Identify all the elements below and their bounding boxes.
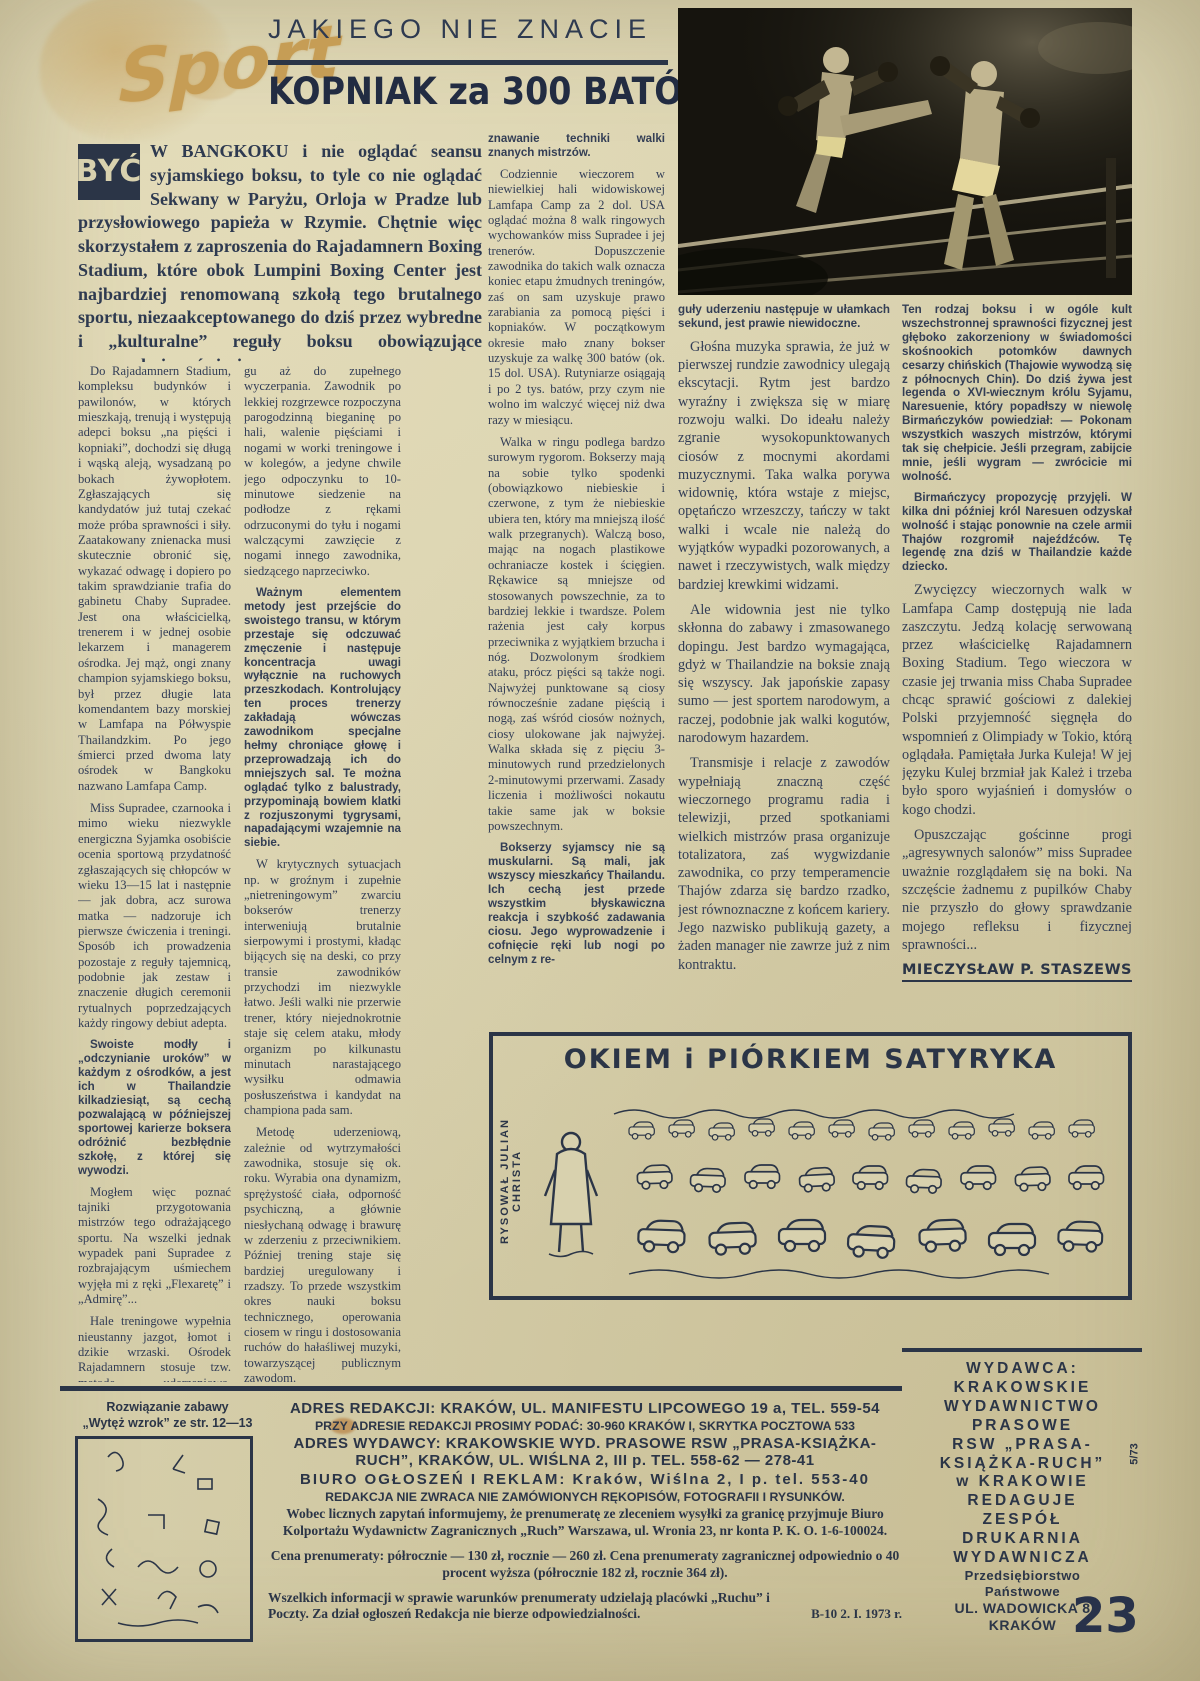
paragraph: Ale widownia jest nie tylko skłonna do z… <box>678 601 890 747</box>
paragraph: W krytycznych sytuacjach np. w groźnym i… <box>244 857 401 1118</box>
imprint-info-text: Wszelkich informacji w sprawie warunków … <box>268 1590 811 1622</box>
boxing-photo-art <box>678 8 1132 295</box>
paragraph: Hale treningowe wypełnia nieustanny jazg… <box>78 1314 231 1382</box>
imprint-print-code: B-10 2. I. 1973 r. <box>811 1606 902 1622</box>
paragraph: Mogłem więc poznać tajniki przygotowania… <box>78 1185 231 1308</box>
lead-paragraph-block: BYĆ W BANGKOKU i nie oglądać seansu syja… <box>78 140 482 362</box>
publisher-line: Przedsiębiorstwo <box>905 1568 1140 1584</box>
paragraph: Metodę uderzeniową, zależnie od wytrzyma… <box>244 1125 401 1382</box>
paragraph: Do Rajadamnern Stadium, kompleksu budynk… <box>78 364 231 794</box>
publisher-line: KSIĄŻKA-RUCH” <box>905 1455 1140 1474</box>
paragraph-bold-note: Ten rodzaj boksu i w ogóle kult wszechst… <box>902 303 1132 484</box>
imprint-block: ADRES REDAKCJI: KRAKÓW, UL. MANIFESTU LI… <box>268 1400 902 1626</box>
article-headline: KOPNIAK za 300 BATÓW? <box>268 72 739 113</box>
article-column-1: Do Rajadamnern Stadium, kompleksu budynk… <box>78 364 231 1382</box>
imprint-subscription-price: Cena prenumeraty: półrocznie — 130 zł, r… <box>268 1548 902 1582</box>
paragraph-bold-note: znawanie techniki walki znanych mistrzów… <box>488 132 665 160</box>
satire-cartoon-box: OKIEM i PIÓRKIEM SATYRYKA RYSOWAŁ JULIAN… <box>489 1032 1132 1300</box>
publisher-line: KRAKOWSKIE <box>905 1379 1140 1398</box>
edition-mark: 5/73 <box>1129 1443 1141 1464</box>
car-row-front <box>638 1219 1103 1258</box>
paragraph-bold-note: Swoiste modły i „odczynianie uroków” w k… <box>78 1038 231 1177</box>
article-column-2: gu aż do zupełnego wyczerpania. Zawodnik… <box>244 364 401 1382</box>
publisher-line: PRASOWE <box>905 1417 1140 1436</box>
imprint-postal-note: PRZY ADRESIE REDAKCJI PROSIMY PODAĆ: 30-… <box>268 1419 902 1433</box>
imprint-address-wydawcy: ADRES WYDAWCY: KRAKOWSKIE WYD. PRASOWE R… <box>268 1435 902 1469</box>
observer-figure <box>545 1133 597 1257</box>
car-row-middle <box>637 1165 1104 1194</box>
article-column-5: Ten rodzaj boksu i w ogóle kult wszechst… <box>902 303 1132 1029</box>
article-column-3: znawanie techniki walki znanych mistrzów… <box>488 132 665 1014</box>
publisher-line: ZESPÓŁ <box>905 1511 1140 1530</box>
paragraph: Głośna muzyka sprawia, że już w pierwsze… <box>678 338 890 594</box>
dropcap-byc: BYĆ <box>78 144 140 200</box>
paragraph: Miss Supradee, czarnooka i mimo wieku ni… <box>78 801 231 1031</box>
paragraph-bold-note: Ważnym elementem metody jest przejście d… <box>244 586 401 850</box>
puzzle-solution-label: Rozwiązanie zabawy „Wytęż wzrok” ze str.… <box>70 1400 265 1431</box>
imprint-address-redakcji: ADRES REDAKCJI: KRAKÓW, UL. MANIFESTU LI… <box>268 1400 902 1417</box>
publisher-line: DRUKARNIA <box>905 1530 1140 1549</box>
publisher-line: WYDAWNICZA <box>905 1549 1140 1568</box>
publisher-line: WYDAWCA: <box>905 1360 1140 1379</box>
paragraph: Codziennie wieczorem w niewielkiej hali … <box>488 167 665 428</box>
paragraph: Opuszczając gościnne progi „agresywnych … <box>902 826 1132 954</box>
imprint-subscription-abroad: Wobec licznych zapytań informujemy, że p… <box>268 1506 902 1540</box>
paragraph: Zwycięzcy wieczornych walk w Lamfapa Cam… <box>902 581 1132 819</box>
puzzle-solution-box <box>75 1436 253 1642</box>
car-row-back <box>629 1119 1094 1140</box>
author-name: MIECZYSŁAW P. STASZEWSKI <box>902 962 1132 982</box>
imprint-no-returns-note: REDAKCJA NIE ZWRACA NIE ZAMÓWIONYCH RĘKO… <box>268 1490 902 1504</box>
imprint-biuro-ogloszen: BIURO OGŁOSZEŃ I REKLAM: Kraków, Wiślna … <box>268 1471 902 1488</box>
paragraph: gu aż do zupełnego wyczerpania. Zawodnik… <box>244 364 401 579</box>
publisher-line: w KRAKOWIE <box>905 1473 1140 1492</box>
paragraph-bold-note: Bokserzy syjamscy nie są muskularni. Są … <box>488 841 665 966</box>
paragraph: Transmisje i relacje z zawodów wypełniaj… <box>678 754 890 974</box>
puzzle-solution-drawing <box>78 1439 250 1639</box>
bottom-divider-rule <box>60 1386 902 1391</box>
headline-kicker: JAKIEGO NIE ZNACIE <box>268 14 652 45</box>
publisher-line: REDAGUJE <box>905 1492 1140 1511</box>
paragraph-bold-note: Birmańczycy propozycję przyjęli. W kilka… <box>902 491 1132 574</box>
magazine-page: Sport JAKIEGO NIE ZNACIE KOPNIAK za 300 … <box>0 0 1200 1681</box>
publisher-line: RSW „PRASA- <box>905 1436 1140 1455</box>
article-column-4: guły uderzeniu następuje w ułamkach seku… <box>678 303 890 1009</box>
author-byline: MIECZYSŁAW P. STASZEWSKI <box>902 961 1132 980</box>
paragraph: Walka w ringu podlega bardzo surowym ryg… <box>488 435 665 834</box>
publisher-line: WYDAWNICTWO <box>905 1398 1140 1417</box>
puzzle-label-line1: Rozwiązanie zabawy <box>70 1400 265 1416</box>
satire-title: OKIEM i PIÓRKIEM SATYRYKA <box>493 1044 1128 1075</box>
imprint-info-line: Wszelkich informacji w sprawie warunków … <box>268 1590 902 1624</box>
page-number: 23 <box>1072 1588 1139 1644</box>
kicker-underline <box>268 60 668 65</box>
boxing-photo <box>678 8 1132 295</box>
puzzle-label-line2: „Wytęż wzrok” ze str. 12—13 <box>70 1416 265 1432</box>
cartoon-drawing <box>519 1084 1119 1289</box>
paragraph-bold-note: guły uderzeniu następuje w ułamkach seku… <box>678 303 890 331</box>
publisher-divider-rule <box>902 1348 1142 1352</box>
